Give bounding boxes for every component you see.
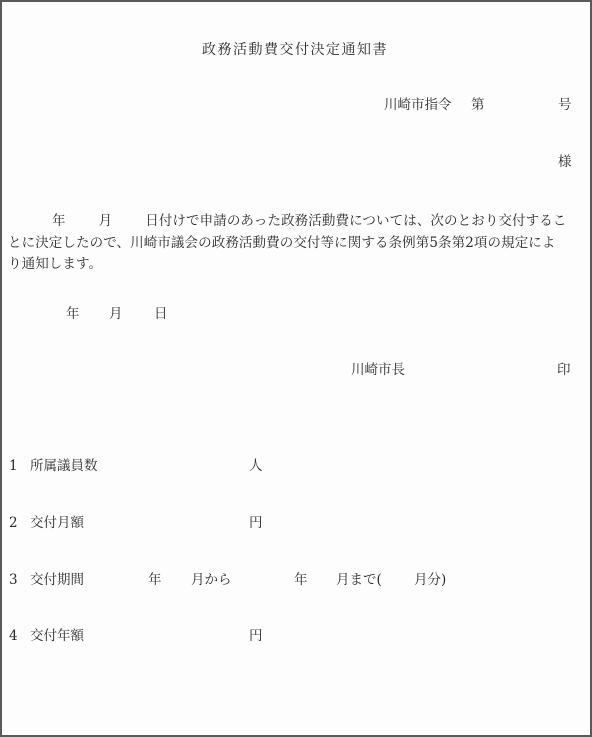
doc-number-prefix: 川崎市指令 — [384, 99, 452, 113]
body-line-3: り通知します。 — [8, 254, 586, 276]
body-line-1: 年月日付けで申請のあった政務活動費については、次のとおり交付するこ — [8, 211, 586, 233]
document-title: 政務活動費交付決定通知書 — [202, 43, 388, 57]
item-3-label: 交付期間 — [30, 574, 84, 588]
date-month: 月 — [109, 308, 123, 322]
item-1-unit: 人 — [249, 460, 263, 474]
body-line-2: とに決定したので、川崎市議会の政務活動費の交付等に関する条例第5条第2項の規定に… — [8, 233, 586, 255]
date-year: 年 — [66, 308, 80, 322]
addressee-suffix: 様 — [558, 156, 572, 170]
body-month: 月 — [99, 213, 113, 229]
item-1-label: 所属議員数 — [30, 460, 98, 474]
doc-number-go: 号 — [558, 99, 572, 113]
item-4-unit: 円 — [249, 630, 263, 644]
issuer-seal: 印 — [557, 364, 571, 378]
item-3-to-year: 年 — [294, 574, 308, 588]
item-3-to-month: 月まで( — [336, 574, 382, 588]
item-2-label: 交付月額 — [30, 517, 84, 531]
item-4-number: 4 — [9, 630, 18, 644]
item-2-unit: 円 — [249, 517, 263, 531]
item-4-label: 交付年額 — [30, 630, 84, 644]
item-3-from-year: 年 — [148, 574, 162, 588]
issuer-name: 川崎市長 — [351, 364, 405, 378]
item-3-number: 3 — [9, 574, 18, 588]
document-page: 政務活動費交付決定通知書 川崎市指令 第 号 様 年月日付けで申請のあった政務活… — [0, 0, 592, 737]
date-day: 日 — [154, 308, 168, 322]
item-2-number: 2 — [9, 517, 18, 531]
body-rest: 日付けで申請のあった政務活動費については、次のとおり交付するこ — [145, 213, 566, 229]
doc-number-dai: 第 — [471, 99, 485, 113]
body-paragraph: 年月日付けで申請のあった政務活動費については、次のとおり交付するこ とに決定した… — [8, 211, 586, 276]
item-1-number: 1 — [9, 460, 18, 474]
item-3-months: 月分) — [414, 574, 446, 588]
item-3-from-month: 月から — [191, 574, 232, 588]
body-year: 年 — [52, 213, 66, 229]
